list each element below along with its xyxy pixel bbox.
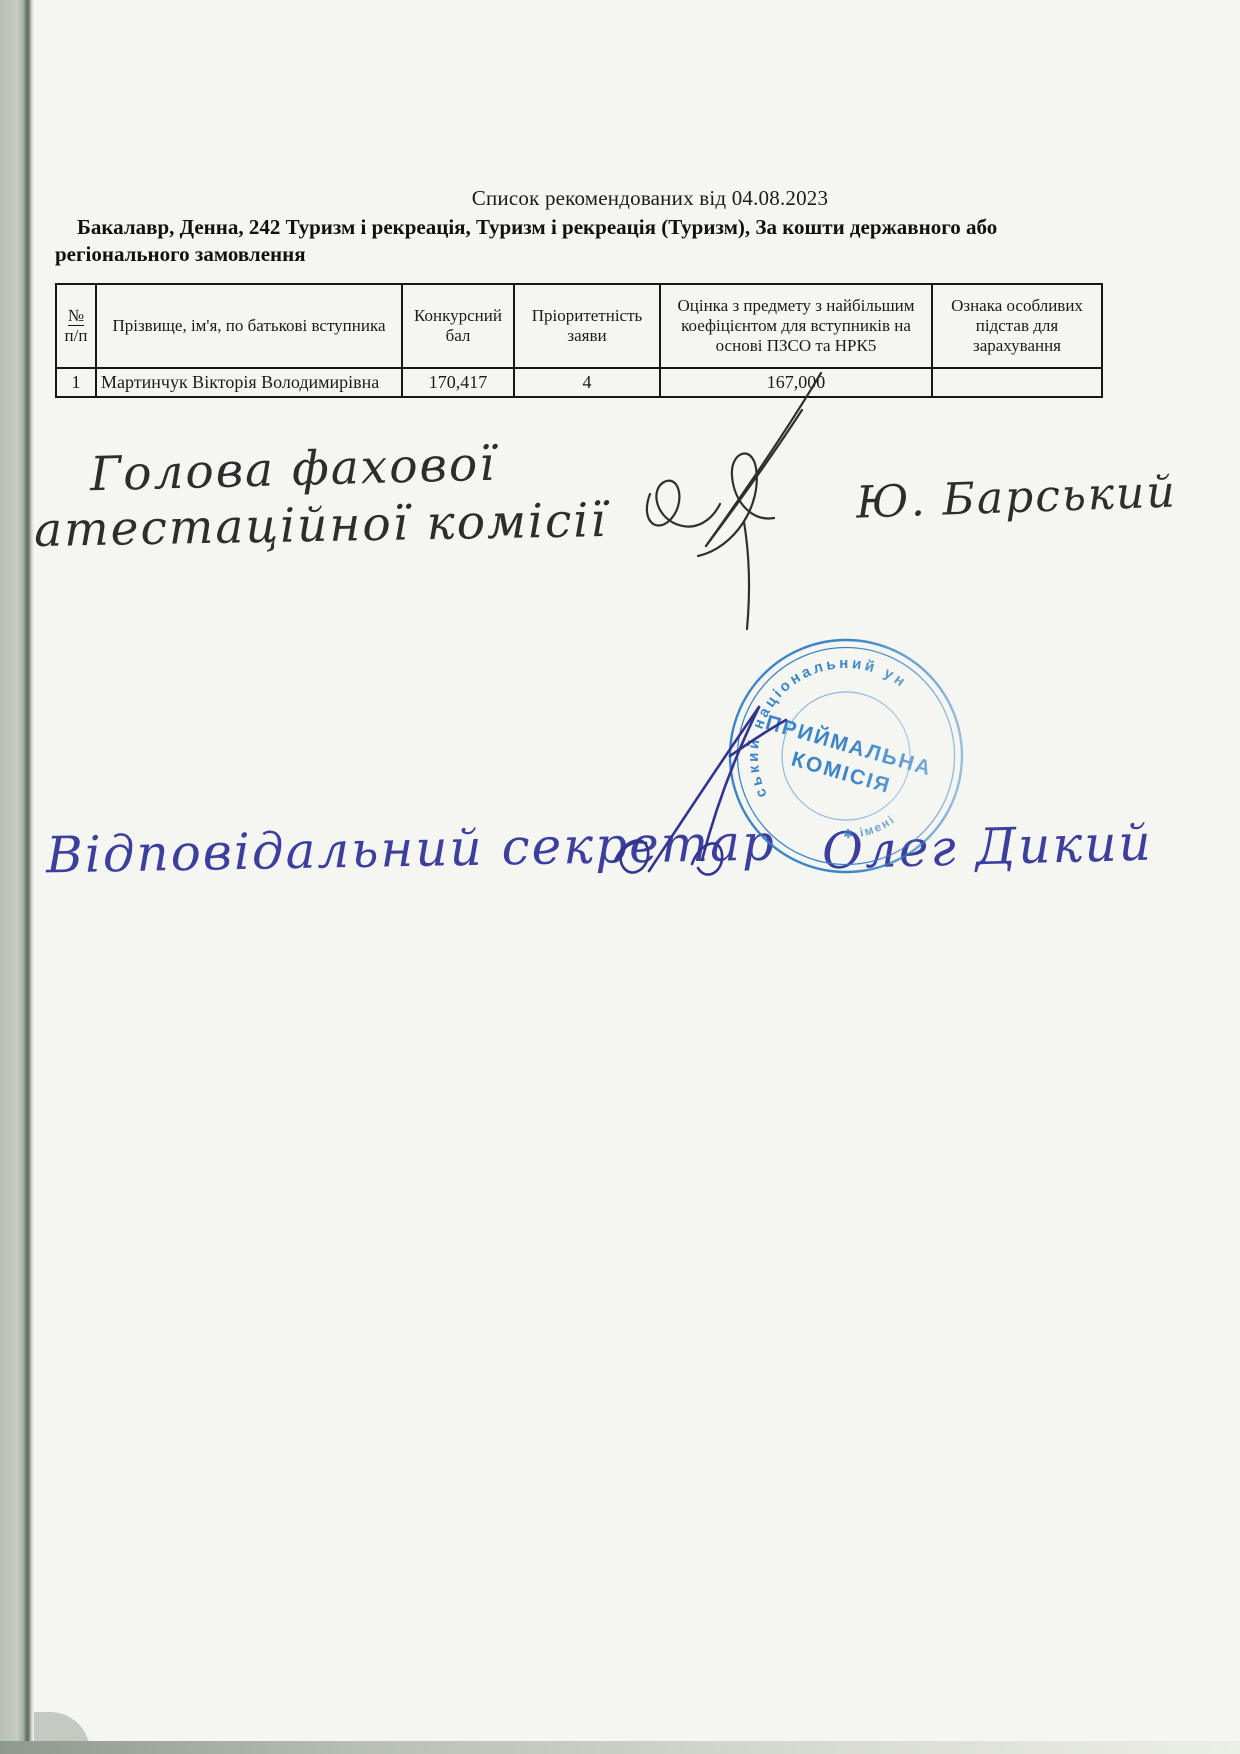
scan-edge-bottom <box>0 1741 1240 1754</box>
chair-signature-stroke <box>706 410 802 546</box>
col-header-number: № п/п <box>56 284 96 368</box>
table-header-row: № п/п Прізвище, ім'я, по батькові вступн… <box>56 284 1102 368</box>
chair-signature-loop <box>698 454 774 556</box>
chair-signature-flourish <box>647 481 720 527</box>
cell-subject-score: 167,000 <box>660 368 932 397</box>
cell-score: 170,417 <box>402 368 514 397</box>
document-title: Список рекомендованих від 04.08.2023 <box>150 186 1150 211</box>
col-header-subject-score: Оцінка з предмету з найбільшим коефіцієн… <box>660 284 932 368</box>
chair-signature <box>647 373 821 629</box>
col-header-score: Конкурсний бал <box>402 284 514 368</box>
applicants-table: № п/п Прізвище, ім'я, по батькові вступн… <box>55 283 1103 398</box>
cell-priority: 4 <box>514 368 660 397</box>
table-row: 1 Мартинчук Вікторія Володимирівна 170,4… <box>56 368 1102 397</box>
cell-number: 1 <box>56 368 96 397</box>
handwritten-chair-role-line1: Голова фахової <box>89 437 497 503</box>
admission-committee-stamp: ський національний ун ✱ імені ПРИЙМАЛЬНА… <box>706 616 996 906</box>
col-header-special: Ознака особливих підстав для зарахування <box>932 284 1102 368</box>
cell-name: Мартинчук Вікторія Володимирівна <box>96 368 402 397</box>
cell-special <box>932 368 1102 397</box>
chair-signature-tail <box>744 522 749 629</box>
document-subtitle: Бакалавр, Денна, 242 Туризм і рекреація,… <box>55 214 1067 268</box>
scanned-document-page: Список рекомендованих від 04.08.2023 Бак… <box>0 0 1240 1754</box>
scan-edge-left <box>0 0 34 1754</box>
handwritten-chair-role-line2: атестаційної комісії <box>34 493 608 558</box>
chair-signature-stroke <box>706 373 821 546</box>
handwritten-secretary-role: Відповідальний секретар <box>46 814 777 885</box>
col-header-priority: Пріоритетність заяви <box>514 284 660 368</box>
col-header-name: Прізвище, ім'я, по батькові вступника <box>96 284 402 368</box>
handwritten-chair-name: Ю. Барський <box>855 466 1177 528</box>
